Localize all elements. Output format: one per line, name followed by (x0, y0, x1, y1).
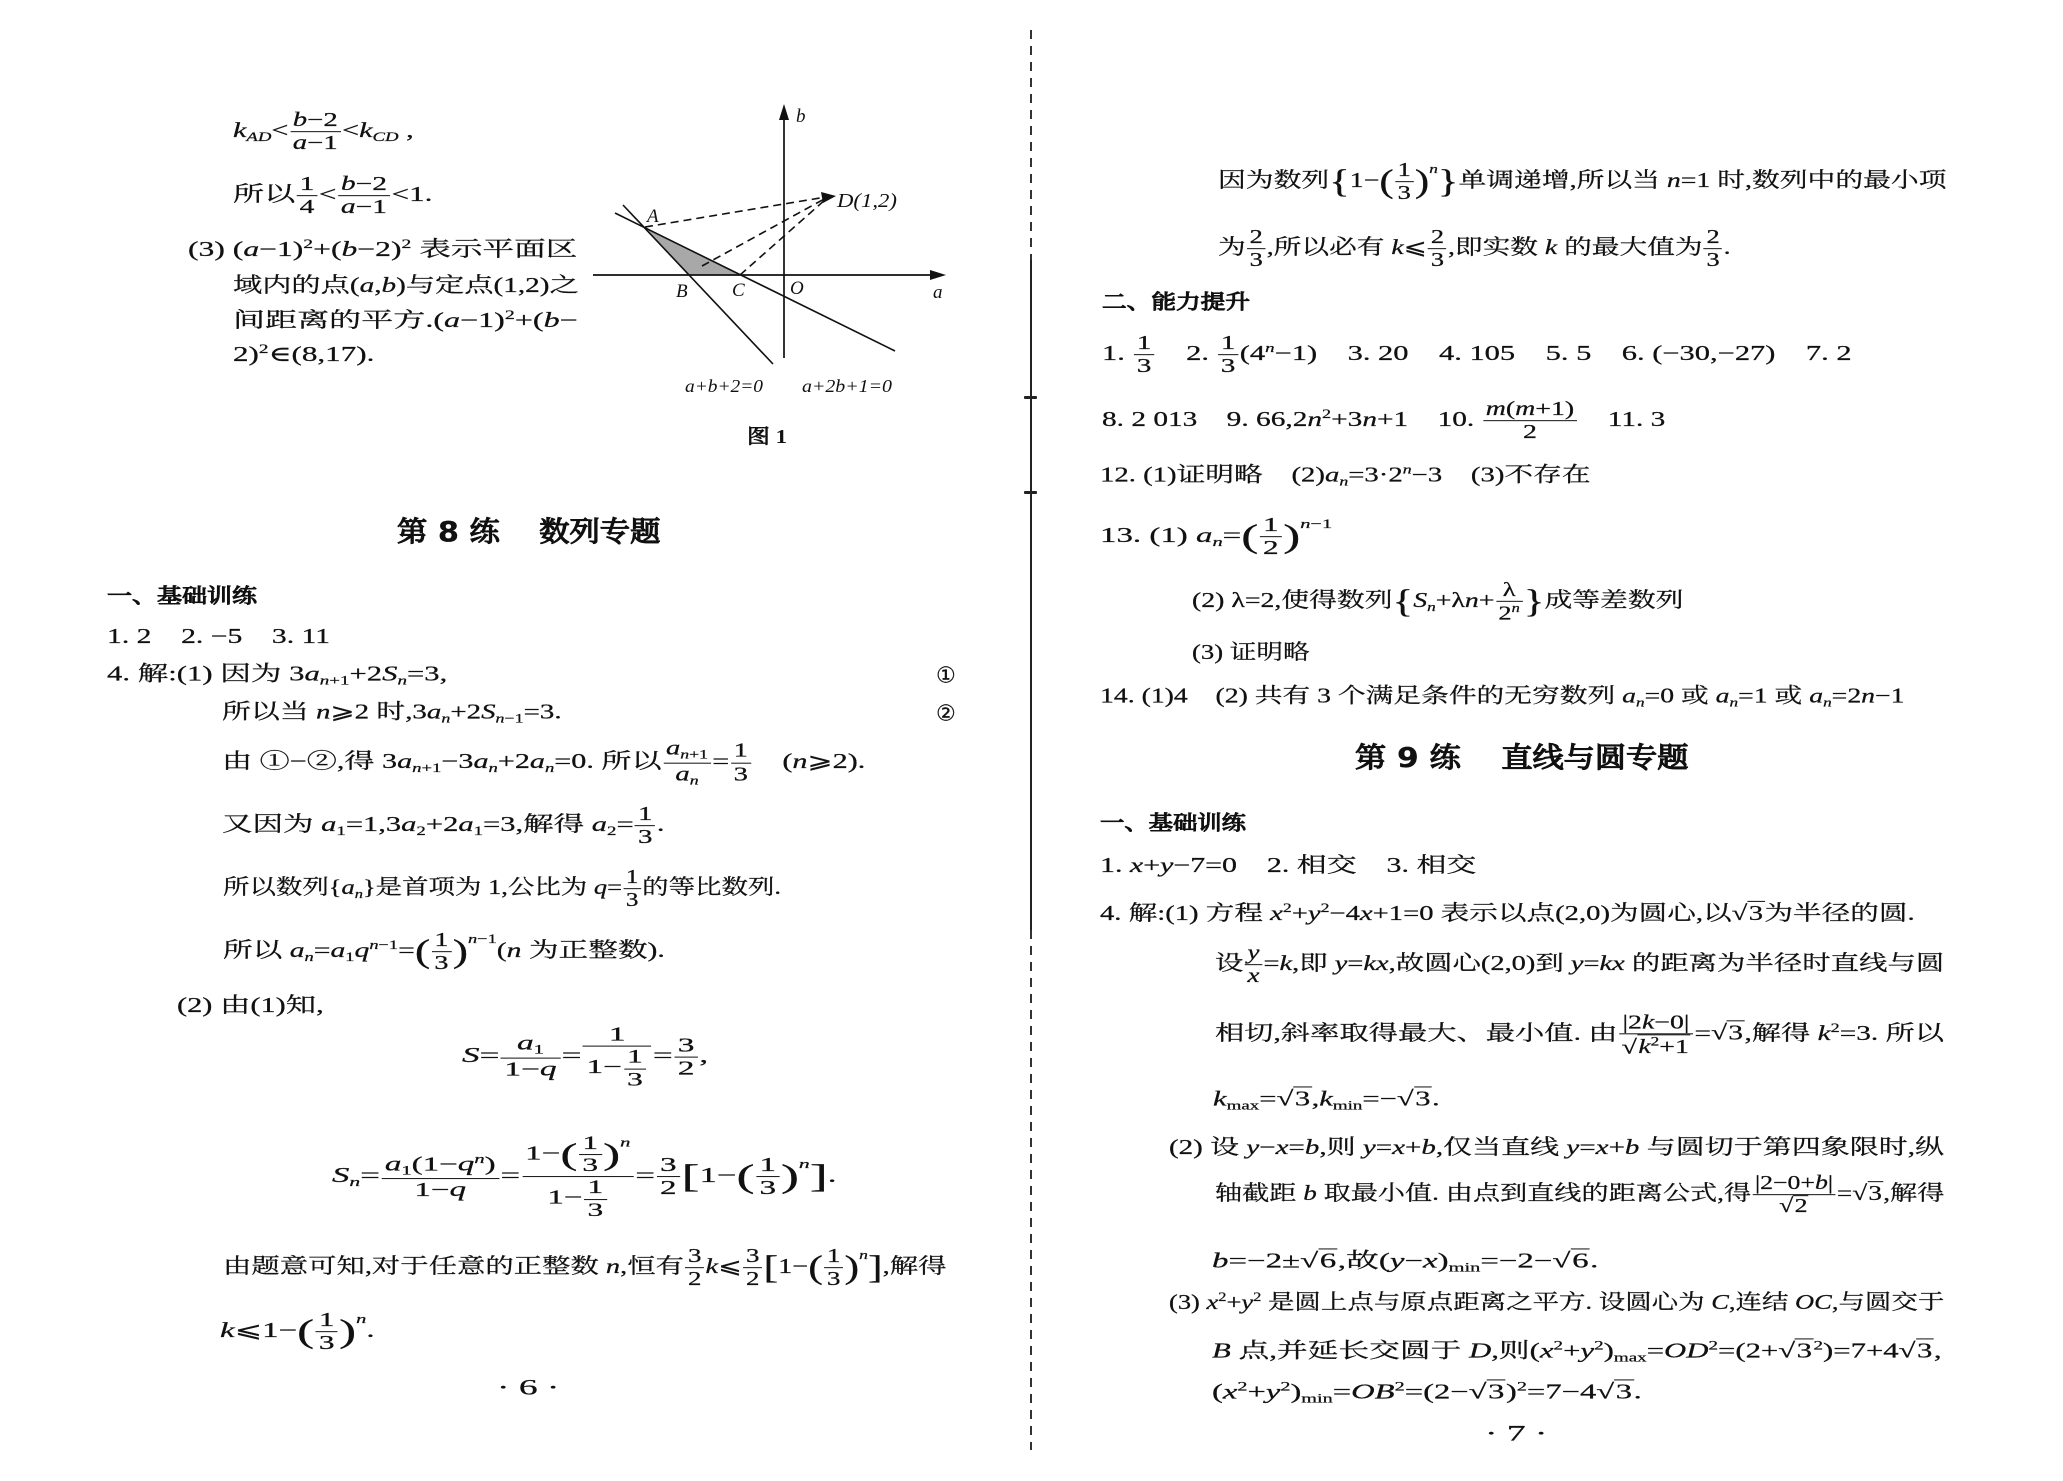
text-run: ,解得 (1883, 1181, 1944, 1205)
answer-line: (3) 证明略 (1192, 640, 1310, 664)
text-run: = (1694, 1021, 1711, 1045)
fraction-denominator: 3 (1218, 356, 1238, 378)
subscript: n+1 (320, 673, 350, 688)
math-variable: OB (1351, 1379, 1394, 1403)
text-run: 为 (1218, 235, 1246, 259)
text-run: ,即 (1292, 951, 1335, 975)
text-run: −1 (307, 133, 338, 155)
text-run: ( (1506, 398, 1515, 420)
fraction-numerator: 3 (685, 1245, 704, 1268)
math-variable: S (1413, 588, 1427, 612)
text-run: 3 (1488, 1379, 1504, 1403)
solution-line: 4. 解:(1) 方程 x2+y2−4x+1=0 表示以点(2,0)为圆心,以3… (1100, 901, 1915, 925)
text-run: (1− (412, 1153, 458, 1175)
text-run: ,恒有 (620, 1254, 684, 1278)
text-run: −2) (357, 237, 401, 261)
text-run: −4 (1329, 901, 1359, 925)
text-run: =1 或 (1738, 683, 1809, 707)
radical-sign-icon (1622, 1036, 1637, 1058)
math-variable: b (544, 308, 560, 332)
math-variable: k (1638, 1036, 1650, 1058)
subscript: n (1823, 695, 1832, 710)
fraction: 32 (743, 1245, 762, 1291)
text-run: (4 (1240, 341, 1265, 365)
text-run: 1 (319, 1309, 335, 1331)
math-variable: a (1716, 683, 1730, 707)
exercise-title: 第 8 练数列专题 (397, 516, 660, 548)
large-delimiter: ) (781, 1159, 799, 1195)
text-run: 3 (627, 1069, 643, 1090)
fraction-denominator: 2 (1752, 1196, 1835, 1218)
text-run: 3 (1616, 1379, 1632, 1403)
fraction: |2−0+b|2 (1752, 1172, 1835, 1218)
large-delimiter: ) (339, 1314, 356, 1350)
subscript: 1 (474, 823, 483, 838)
math-variable: b (293, 109, 307, 131)
fraction: |2k−0|k2+1 (1619, 1011, 1693, 1058)
exercise-topic: 直线与圆专题 (1501, 741, 1688, 774)
text-run: = (1583, 951, 1599, 975)
fraction-denominator: 2n (1496, 602, 1523, 625)
fraction: 13 (623, 866, 641, 912)
text-run: 1 (638, 803, 652, 825)
text-run: 1 (434, 929, 448, 951)
text-run: =3. (524, 699, 562, 723)
left-page: kAD<b−2a−1<kCD , 所以14<b−2a−1<1. (3) (a−1… (0, 0, 1031, 1481)
radicand: 6 (1318, 1248, 1338, 1271)
text-run: = (1259, 1086, 1276, 1110)
text-run: =0 或 (1645, 683, 1716, 707)
text-run: |2−0+ (1755, 1172, 1815, 1194)
answer-line: 1. 13 2. 13(4n−1) 3. 20 4. 105 5. 5 6. (… (1102, 332, 1852, 378)
text-run: ( (1212, 1379, 1223, 1403)
math-variable: x (1247, 966, 1259, 988)
math-variable: m (1515, 398, 1535, 420)
fraction-denominator: 3 (635, 827, 655, 849)
text-run: =3, (407, 661, 447, 685)
fraction: 12 (1260, 514, 1282, 560)
fraction-denominator: 1−q (382, 1179, 499, 1201)
fraction-denominator: 1−q (501, 1059, 560, 1081)
text-run: ,解得 (1744, 1021, 1817, 1045)
large-delimiter: ] (810, 1159, 828, 1195)
text-run: (2) 由(1)知, (177, 993, 324, 1017)
text-run: ( (752, 749, 792, 773)
superscript: n−1 (468, 931, 497, 946)
math-variable: D (1469, 1338, 1491, 1362)
solution-line: 所以数列{an}是首项为 1,公比为 q=13的等比数列. (223, 866, 781, 912)
math-variable: n (355, 886, 363, 901)
text-run: 3 (688, 1245, 701, 1267)
text-run: +3 (1331, 407, 1362, 431)
text-run: −1 (356, 197, 387, 219)
math-variable: q (458, 1153, 475, 1175)
text-run: , (399, 118, 414, 142)
text-run: 1 (609, 1024, 626, 1046)
superscript: 2 (303, 236, 313, 251)
answer-line: (2) λ=2,使得数列{Sn+λn+λ2n}成等差数列 (1192, 579, 1683, 625)
text-run: 2 (1523, 422, 1537, 444)
fraction: 23 (1428, 226, 1446, 272)
math-variable: n (1667, 168, 1681, 192)
text-run: ⩽ (1404, 235, 1427, 259)
text-run: 与圆切于第四象限时,纵 (1639, 1135, 1944, 1159)
text-run: 成等差数列 (1544, 588, 1683, 612)
math-variable: n (1362, 407, 1377, 431)
solution-line: 设yx=k,即 y=kx,故圆心(2,0)到 y=kx 的距离为半径时直线与圆 (1215, 942, 1944, 988)
radicand: 3 (1747, 901, 1764, 924)
exercise-topic: 数列专题 (539, 515, 660, 548)
math-variable: a (666, 738, 680, 760)
large-delimiter: ( (808, 1250, 823, 1286)
text-run: 1− (1350, 168, 1380, 192)
square-root: 3 (1899, 1338, 1934, 1362)
text-run: 3 (759, 1178, 776, 1200)
large-delimiter: ) (845, 1250, 860, 1286)
exercise-title: 第 9 练直线与圆专题 (1355, 742, 1688, 774)
square-root: 3 (1732, 901, 1765, 925)
text-run: +2 (426, 812, 458, 836)
math-variable: q (355, 938, 370, 962)
equation-tag-2: ② (936, 700, 956, 725)
text-run: , (1934, 1338, 1942, 1362)
subscript: n (1636, 695, 1645, 710)
scanned-book-spread: kAD<b−2a−1<kCD , 所以14<b−2a−1<1. (3) (a−1… (0, 0, 2063, 1481)
radicand: 3 (1727, 1021, 1744, 1044)
fraction-denominator: 3 (624, 1069, 647, 1090)
superscript: 2 (401, 236, 411, 251)
math-variable: a (290, 938, 305, 962)
text-run: | (1828, 1172, 1833, 1194)
text-run: +1=0 表示以点(2,0)为圆心,以 (1373, 901, 1732, 925)
text-run: = (635, 1163, 655, 1187)
subscript: 1 (345, 949, 354, 964)
fraction-numerator: y (1245, 942, 1262, 965)
text-run: (3) ( (188, 237, 243, 261)
text-run: 1 (734, 740, 748, 762)
math-variable: CD (373, 129, 399, 144)
fraction-numerator: a1(1−qn) (382, 1153, 499, 1179)
superscript: 2 (1395, 1378, 1405, 1393)
radicand: 3 (1487, 1379, 1506, 1402)
fraction-numerator: 1 (432, 929, 452, 952)
radicand: 3 (1795, 1338, 1813, 1361)
text-run: 1 (588, 1178, 604, 1199)
text-run: ,仅当直线 (1436, 1135, 1567, 1159)
fraction: 13 (579, 1133, 601, 1176)
large-delimiter: [ (763, 1250, 778, 1286)
text-run: =(2+ (1718, 1338, 1778, 1362)
text-run: + (1405, 1135, 1421, 1159)
math-variable: k (220, 1318, 235, 1342)
math-variable: y (1247, 942, 1259, 964)
superscript: n (1403, 461, 1412, 476)
superscript: n (799, 1156, 810, 1171)
math-variable: AD (246, 129, 271, 144)
fraction-denominator: a−1 (290, 133, 341, 155)
superscript: 2 (259, 341, 269, 356)
text-run: 13. (1) (1100, 523, 1196, 547)
fraction: 23 (1704, 226, 1722, 272)
text-run: ,故( (1338, 1248, 1390, 1272)
math-variable: S (462, 1043, 480, 1067)
fraction: 13 (316, 1309, 338, 1355)
text-run: 6 (1320, 1248, 1336, 1272)
text-run: = (1223, 523, 1242, 547)
fraction: m(m+1)2 (1483, 398, 1577, 444)
text-run: 的最大值为 (1557, 235, 1702, 259)
text-run: . (1634, 1379, 1642, 1403)
math-variable: B (1212, 1338, 1231, 1362)
fraction-numerator: 1 (731, 740, 751, 763)
solution-line: (x2+y2)min=OB2=(2−3)2=7−43. (1212, 1379, 1642, 1406)
text-run: . (366, 1318, 374, 1342)
text-run: 1 (1263, 514, 1279, 536)
text-run: 3 (1707, 250, 1720, 272)
superscript: n−1 (369, 937, 398, 952)
math-variable: a (401, 812, 416, 836)
math-variable: n (369, 937, 378, 952)
text-run: = (480, 1043, 500, 1067)
large-delimiter: ( (1379, 164, 1393, 200)
text-run: 3 (1868, 1181, 1882, 1205)
line-a-plus-2b-plus-1 (615, 213, 895, 351)
text-run: 所以 (223, 938, 290, 962)
math-variable: q (540, 1059, 557, 1081)
text-line: 所以14<b−2a−1<1. (233, 173, 432, 219)
radicand: 2 (1793, 1196, 1808, 1218)
math-variable: x (1540, 1338, 1554, 1362)
text-run: +λ (1436, 588, 1465, 612)
fraction: 32 (674, 1034, 697, 1080)
text-run: 3 (827, 1269, 840, 1291)
fraction-numerator: 1 (756, 1154, 779, 1177)
fraction: a1(1−qn)1−q (382, 1153, 499, 1202)
fraction: 13 (432, 929, 452, 975)
text-run: + (1247, 1379, 1265, 1403)
math-variable: a (530, 749, 545, 773)
superscript: 2 (1831, 1020, 1840, 1035)
text-run: 1− (699, 1163, 736, 1187)
fraction: 13 (584, 1178, 606, 1221)
text-run: =−2± (1228, 1248, 1300, 1272)
square-root: 3 (1778, 1338, 1813, 1362)
square-root: 3 (1596, 1379, 1633, 1403)
fraction: 23 (1247, 226, 1265, 272)
text-run: − (1259, 1135, 1275, 1159)
math-variable: b (382, 273, 397, 297)
fraction-denominator: 3 (1134, 356, 1154, 378)
math-variable: n (441, 711, 450, 726)
text-run: 1− (504, 1059, 540, 1081)
superscript: 2 (1708, 1337, 1718, 1352)
math-variable: n (1429, 161, 1438, 176)
fraction-denominator: x (1245, 966, 1262, 988)
text-run: =7−4 (1527, 1379, 1596, 1403)
text-run: < (319, 182, 337, 206)
text-run: 1− (525, 1142, 560, 1164)
radicand: 3 (1614, 1379, 1633, 1402)
math-variable: n (1512, 601, 1520, 615)
radical-sign-icon (1778, 1338, 1795, 1362)
text-run: + (1563, 1338, 1580, 1362)
exercise-number: 第 9 练 (1355, 741, 1461, 774)
text-run: )与定点(1,2)之 (396, 273, 579, 297)
text-run: 2 (746, 1269, 759, 1291)
text-run: = (712, 749, 729, 773)
text-run: = (1347, 951, 1363, 975)
fraction-numerator: 3 (743, 1245, 762, 1268)
fraction-numerator: a1 (501, 1033, 560, 1059)
math-variable: y (1580, 1338, 1594, 1362)
text-run: +1 (689, 748, 708, 762)
math-variable: a (592, 812, 607, 836)
math-variable: y (1363, 1135, 1376, 1159)
fraction-numerator: b−2 (290, 109, 341, 132)
math-variable: n (412, 760, 421, 775)
answer-line: 13. (1) an=(12)n−1 (1100, 514, 1332, 560)
math-variable: x (1223, 1379, 1237, 1403)
math-variable: y (1160, 853, 1173, 877)
fraction: a11−q (501, 1033, 560, 1081)
text-run: ,连结 (1729, 1290, 1795, 1314)
text-run: 3 (1137, 356, 1151, 378)
math-variable: n (620, 1135, 630, 1149)
fraction: λ2n (1496, 579, 1523, 625)
text-run: 1 (1221, 332, 1235, 354)
square-root: 6 (1300, 1248, 1338, 1272)
superscript: 2 (505, 307, 515, 322)
math-variable: k (1280, 951, 1293, 975)
fraction: 14 (297, 173, 318, 219)
square-root: 3 (1277, 1086, 1312, 1110)
text-run: = (501, 1163, 521, 1187)
fraction-numerator: 1 (635, 803, 655, 826)
fraction-denominator: a−1 (338, 197, 390, 219)
text-run: 3 (660, 1154, 677, 1176)
text-run: 3 (638, 827, 652, 849)
radicand: k2+1 (1637, 1035, 1690, 1059)
fraction-numerator: 3 (674, 1034, 697, 1057)
math-variable: a (341, 197, 356, 219)
subscript: 1 (401, 1163, 411, 1177)
subscript: 2 (607, 823, 616, 838)
text-run: 3 (1250, 250, 1263, 272)
text-run: 1− (778, 1254, 808, 1278)
b-axis-arrow-icon (779, 104, 789, 120)
text-run: −1 (379, 937, 399, 952)
subscript: max (1227, 1098, 1260, 1113)
math-variable: y (1571, 951, 1584, 975)
solution-line: 所以 an=a1qn−1=(13)n−1(n 为正整数). (223, 929, 665, 975)
math-variable: a (427, 699, 441, 723)
text-run: = (1333, 1379, 1351, 1403)
text-run: + (1226, 1290, 1241, 1314)
text-run: 1− (414, 1179, 449, 1201)
fraction-numerator: 1 (583, 1024, 651, 1047)
fraction: 32 (657, 1154, 680, 1200)
math-variable: b (1212, 1248, 1228, 1272)
superscript: n (1512, 601, 1520, 615)
subscript: min (1333, 1098, 1363, 1113)
large-delimiter: { (1329, 164, 1350, 200)
subscript: CD (373, 129, 399, 144)
superscript: 2 (1280, 1378, 1290, 1393)
fraction-denominator: 2 (1260, 538, 1282, 560)
math-variable: a (397, 749, 412, 773)
math-variable: b (1815, 1172, 1828, 1194)
solution-line: 由题意可知,对于任意的正整数 n,恒有32k⩽32[1−(13)n],解得 (223, 1245, 946, 1291)
text-run: 3 (1415, 1086, 1430, 1110)
solution-line: kmax=3,kmin=−3. (1213, 1086, 1440, 1113)
text-run: 3 (1749, 901, 1763, 925)
text-run: 1− (586, 1056, 622, 1078)
fraction-denominator: 2 (743, 1269, 762, 1291)
text-run: + (1292, 901, 1308, 925)
large-delimiter: ( (560, 1136, 577, 1171)
subscript: 1 (336, 823, 345, 838)
math-variable: OD (1664, 1338, 1708, 1362)
math-variable: C (1711, 1290, 1729, 1314)
text-run: =− (1362, 1086, 1397, 1110)
text-run: 3 (746, 1245, 759, 1267)
fraction-denominator: an (663, 764, 711, 789)
text-run: −3 (441, 749, 473, 773)
fraction-denominator: 3 (1428, 250, 1446, 272)
superscript: 2 (1554, 1337, 1564, 1352)
math-variable: q (450, 1179, 467, 1201)
text-run: =1 时,数列中的最小项 (1681, 168, 1947, 192)
text-run: ⩾2). (807, 749, 865, 773)
square-root: 6 (1552, 1248, 1590, 1272)
text-run: +1 (329, 673, 349, 688)
math-variable: n (496, 711, 505, 726)
text-run: 11. 3 (1578, 407, 1665, 431)
text-run: 4. 解:(1) 因为 3 (107, 661, 304, 685)
text-run: 所以 (233, 182, 295, 206)
square-root: 3 (1852, 1181, 1883, 1205)
text-run: =3·2 (1348, 462, 1402, 486)
math-variable: n (349, 1174, 360, 1189)
text-run: = (398, 938, 415, 962)
math-variable: b (341, 237, 357, 261)
text-run: −1) (259, 237, 303, 261)
math-variable: x (1392, 1135, 1405, 1159)
math-variable: k (1391, 235, 1403, 259)
answer-line: 14. (1)4 (2) 共有 3 个满足条件的无穷数列 an=0 或 an=1… (1100, 683, 1905, 710)
text-run: 取最小值. 由点到直线的距离公式,得 (1317, 1181, 1751, 1205)
text-run: (3) (1169, 1290, 1206, 1314)
text-run: 1 (627, 1047, 643, 1068)
large-delimiter: ) (1415, 164, 1429, 200)
radicand: 3 (1414, 1086, 1432, 1109)
text-run: = (1376, 1135, 1392, 1159)
text-run: ( (497, 938, 507, 962)
section-heading: 一、基础训练 (107, 585, 257, 608)
math-variable: a (444, 308, 460, 332)
math-variable: y (1241, 1290, 1253, 1314)
point-c-label: C (732, 280, 745, 301)
fraction-denominator: 1−13 (583, 1047, 651, 1090)
radical-sign-icon (1300, 1248, 1318, 1272)
text-line: kAD<b−2a−1<kCD , (233, 109, 414, 155)
text-run: = (1579, 1135, 1595, 1159)
equation-tag-1: ① (936, 662, 956, 687)
math-variable: n (1861, 683, 1875, 707)
text-run: 3 (1431, 250, 1444, 272)
fraction-numerator: 1 (1395, 159, 1413, 182)
text-run: ⩾2 时,3 (330, 699, 427, 723)
